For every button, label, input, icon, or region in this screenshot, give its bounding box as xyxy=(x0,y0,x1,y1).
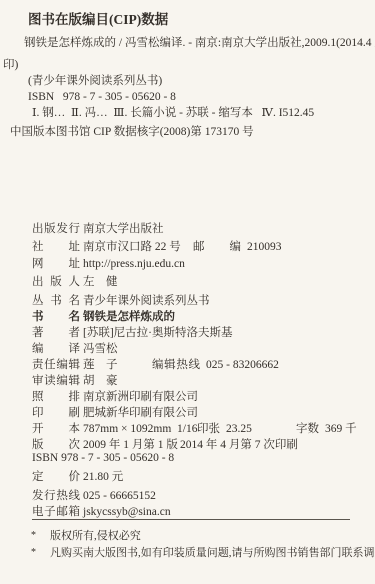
copyright-notice: * 版权所有,侵权必究 xyxy=(0,528,375,544)
contact-section: 发行热线 025 - 66665152 电子邮箱 jskycssyb@sina.… xyxy=(0,487,375,519)
cip-heading: 图书在版编目(CIP)数据 xyxy=(28,11,375,29)
field-value: 21.80 元 xyxy=(83,468,123,484)
row-address: 社址 南京市汉口路 22 号 邮编 210093 xyxy=(0,238,375,256)
row-book-title: 书名 钢铁是怎样炼成的 xyxy=(0,308,375,324)
field-label: 发行热线 xyxy=(32,487,80,503)
field-label: 丛书名 xyxy=(32,292,80,308)
series-title-line: (青少年课外阅读系列丛书) xyxy=(28,73,375,89)
field-value: 025 - 83206662 xyxy=(206,359,279,371)
asterisk-bullet-icon: * xyxy=(31,528,50,544)
publisher-section: 出版发行 南京大学出版社 社址 南京市汉口路 22 号 邮编 210093 网址… xyxy=(0,220,375,290)
cip-record-number-line: 中国版本图书馆 CIP 数据核字(2008)第 173170 号 xyxy=(10,124,375,140)
field-value: 787mm × 1092mm 1/16 xyxy=(83,423,197,435)
field-value: 2009 年 1 月第 1 版 xyxy=(83,436,180,452)
field-label: 电子邮箱 xyxy=(32,503,80,519)
field-value: jskycssyb@sina.cn xyxy=(83,506,171,518)
row-printer: 印刷 肥城新华印刷有限公司 xyxy=(0,404,375,420)
row-author: 著者 [苏联]尼古拉·奥斯特洛夫斯基 xyxy=(0,324,375,340)
row-sales-hotline: 发行热线 025 - 66665152 xyxy=(0,487,375,503)
row-editor: 责任编辑 莲 子 编辑热线 025 - 83206662 xyxy=(0,356,375,372)
row-email: 电子邮箱 jskycssyb@sina.cn xyxy=(0,503,375,519)
field-value: 23.25 xyxy=(226,423,296,435)
field-value: [苏联]尼古拉·奥斯特洛夫斯基 xyxy=(83,324,233,340)
row-series-name: 丛书名 青少年课外阅读系列丛书 xyxy=(0,292,375,308)
field-value: 青少年课外阅读系列丛书 xyxy=(83,292,210,308)
row-isbn: ISBN 978 - 7 - 305 - 05620 - 8 xyxy=(0,452,375,468)
cip-block: 图书在版编目(CIP)数据 钢铁是怎样炼成的 / 冯雪松编译. - 南京:南京大… xyxy=(0,0,375,140)
row-review-editor: 审读编辑 胡 豪 xyxy=(0,372,375,388)
field-label: 照排 xyxy=(32,388,80,404)
book-info-section: 丛书名 青少年课外阅读系列丛书 书名 钢铁是怎样炼成的 著者 [苏联]尼古拉·奥… xyxy=(0,292,375,388)
field-value: 肥城新华印刷有限公司 xyxy=(83,404,198,420)
field-label: 版次 xyxy=(32,436,80,452)
field-label: 网址 xyxy=(32,255,80,271)
field-value: 南京新洲印刷有限公司 xyxy=(83,388,198,404)
field-value: 025 - 66665152 xyxy=(83,490,156,502)
field-value: 南京大学出版社 xyxy=(83,220,164,236)
divider xyxy=(32,519,350,520)
field-label: 字数 xyxy=(296,420,319,436)
field-label: 印张 xyxy=(197,420,220,436)
field-value: 冯雪松 xyxy=(83,340,118,356)
field-value: 左 健 xyxy=(83,273,118,289)
classification-line: Ⅰ. 钢… Ⅱ. 冯… Ⅲ. 长篇小说 - 苏联 - 缩写本 Ⅳ. I512.4… xyxy=(32,105,375,121)
field-label: 印刷 xyxy=(32,404,80,420)
field-label: 责任编辑 xyxy=(32,356,80,372)
field-label: 审读编辑 xyxy=(32,372,80,388)
copyright-page: 图书在版编目(CIP)数据 钢铁是怎样炼成的 / 冯雪松编译. - 南京:南京大… xyxy=(0,0,375,584)
cip-isbn-line: ISBN 978 - 7 - 305 - 05620 - 8 xyxy=(28,89,375,105)
field-label: 定价 xyxy=(32,468,80,484)
notice-text: 凡购买南大版图书,如有印装质量问题,请与所购图书销售部门联系调换 xyxy=(50,545,375,561)
cip-entry-continuation: 印) xyxy=(3,57,375,73)
field-label: 邮编 xyxy=(193,238,241,254)
field-label: 著者 xyxy=(32,324,80,340)
field-label: 出版发行 xyxy=(32,220,80,236)
field-value: 2014 年 4 月第 7 次印刷 xyxy=(180,436,298,452)
exchange-notice: * 凡购买南大版图书,如有印装质量问题,请与所购图书销售部门联系调换 xyxy=(0,545,375,561)
row-translator: 编译 冯雪松 xyxy=(0,340,375,356)
field-label: 社址 xyxy=(32,238,80,254)
field-label: 编译 xyxy=(32,340,80,356)
row-website: 网址 http://press.nju.edu.cn xyxy=(0,255,375,273)
book-title: 钢铁是怎样炼成的 xyxy=(83,308,175,324)
field-value: 210093 xyxy=(247,241,282,253)
row-publisher: 出版发行 南京大学出版社 xyxy=(0,220,375,238)
field-value: 南京市汉口路 22 号 xyxy=(83,238,193,254)
asterisk-bullet-icon: * xyxy=(31,545,50,561)
notice-text: 版权所有,侵权必究 xyxy=(50,528,141,544)
row-edition: 版次 2009 年 1 月第 1 版 2014 年 4 月第 7 次印刷 xyxy=(0,436,375,452)
printing-section: 照排 南京新洲印刷有限公司 印刷 肥城新华印刷有限公司 开本 787mm × 1… xyxy=(0,388,375,484)
field-value: 369 千 xyxy=(325,420,357,436)
row-publisher-person: 出版人 左 健 xyxy=(0,273,375,291)
field-value: 胡 豪 xyxy=(83,372,118,388)
field-label: 开本 xyxy=(32,420,80,436)
isbn-text: ISBN 978 - 7 - 305 - 05620 - 8 xyxy=(32,452,174,464)
row-price: 定价 21.80 元 xyxy=(0,468,375,484)
field-value: http://press.nju.edu.cn xyxy=(83,258,185,270)
row-typesetting: 照排 南京新洲印刷有限公司 xyxy=(0,388,375,404)
field-label: 书名 xyxy=(32,308,80,324)
field-value: 莲 子 xyxy=(83,356,152,372)
cip-entry-line: 钢铁是怎样炼成的 / 冯雪松编译. - 南京:南京大学出版社,2009.1(20… xyxy=(24,35,375,51)
row-format: 开本 787mm × 1092mm 1/16 印张 23.25 字数 369 千 xyxy=(0,420,375,436)
field-label: 编辑热线 xyxy=(152,356,200,372)
field-label: 出版人 xyxy=(32,273,80,289)
